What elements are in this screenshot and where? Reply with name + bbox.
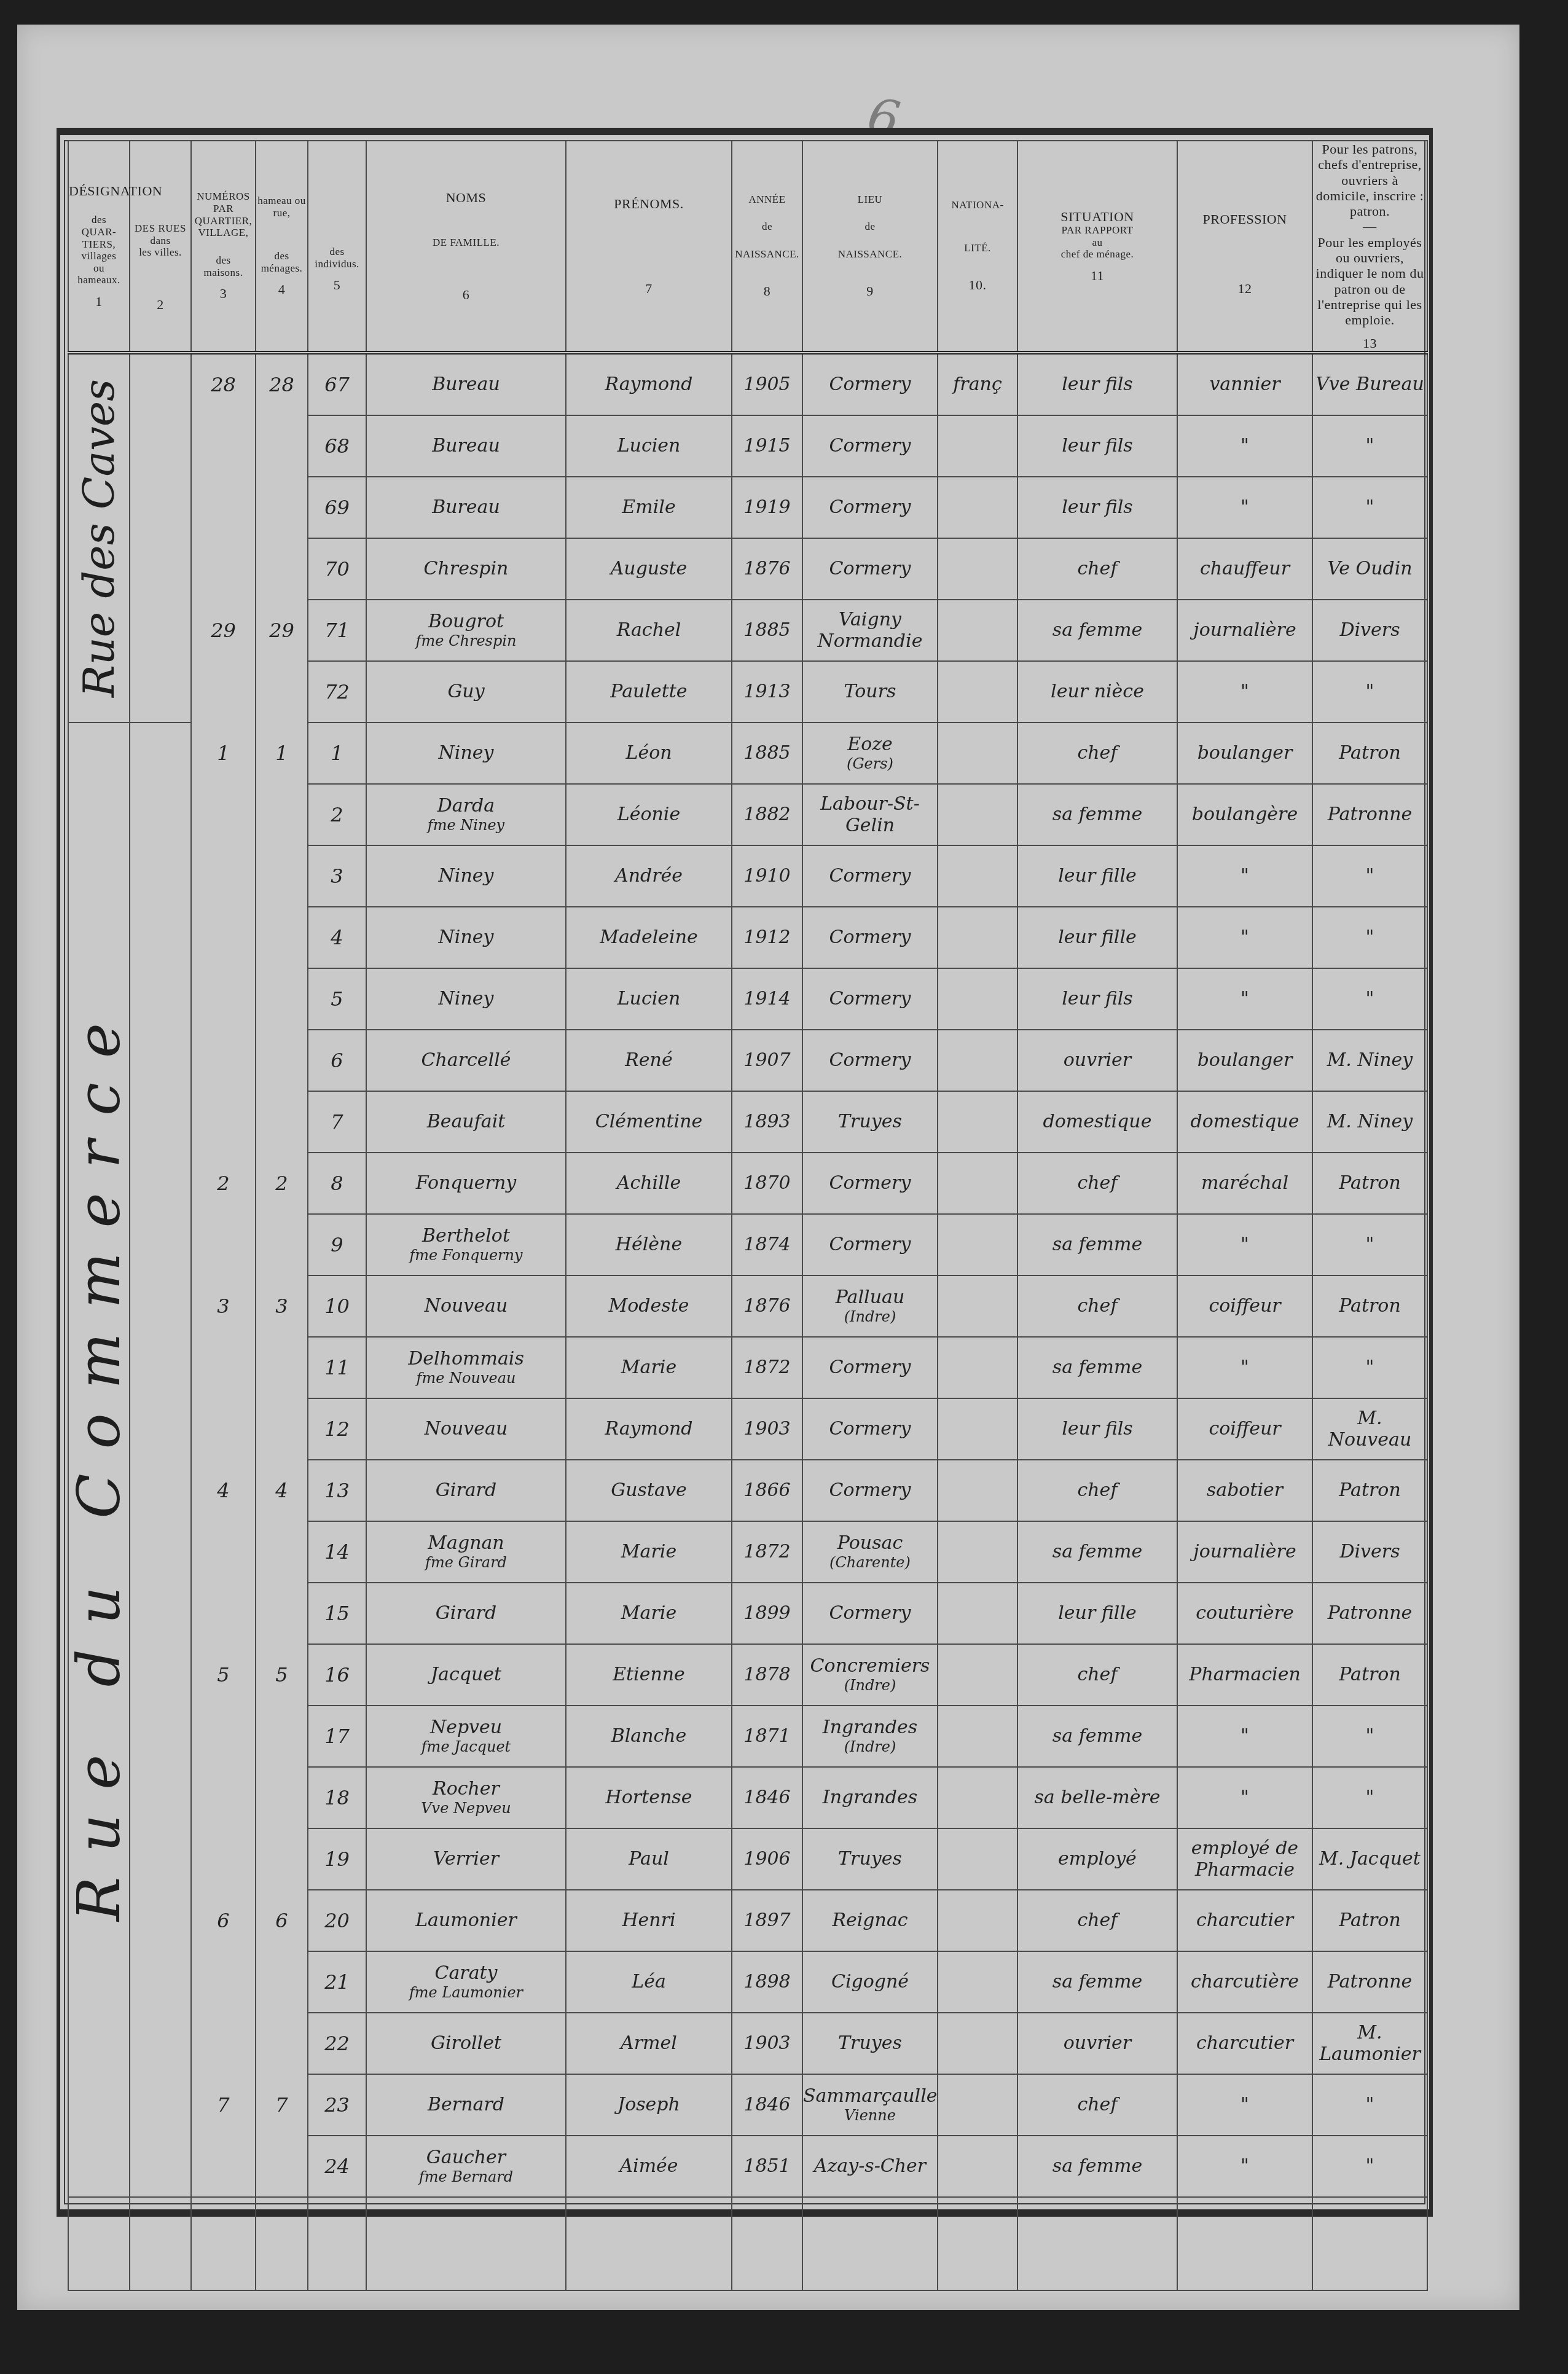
table-row: 5NineyLucien1914Cormeryleur fils"": [68, 968, 1427, 1030]
first-name: Emile: [622, 496, 675, 518]
employer: Vve Bureau: [1315, 374, 1424, 395]
house-number-cell: 5: [191, 1644, 256, 1706]
family-name-cell: RocherVve Nepveu: [366, 1767, 566, 1828]
family-name-cell: Caratyfme Laumonier: [366, 1951, 566, 2013]
employer: Patronne: [1328, 1971, 1413, 1992]
birth-year-cell: 1905: [732, 353, 802, 415]
birth-place-cell: Azay-s-Cher: [802, 2136, 938, 2197]
birth-place-cell: Pousac(Charente): [802, 1521, 938, 1583]
profession-cell: boulanger: [1177, 1030, 1312, 1091]
profession: ": [1241, 926, 1249, 948]
first-name-cell: Marie: [566, 1583, 732, 1644]
household-number-cell: [256, 1091, 308, 1153]
household-relation-cell: domestique: [1017, 1091, 1177, 1153]
birth-year: 1885: [743, 742, 790, 764]
family-name: Bureau: [432, 496, 500, 518]
household-relation: chef: [1078, 1910, 1118, 1931]
individual-number-cell: 13: [308, 1460, 366, 1521]
first-name-cell: Léa: [566, 1951, 732, 2013]
header-profession: PROFESSION 12: [1177, 141, 1312, 353]
first-name-cell: Gustave: [566, 1460, 732, 1521]
family-name: Niney: [439, 742, 494, 764]
household-relation: sa femme: [1053, 619, 1142, 641]
first-name-cell: Armel: [566, 2013, 732, 2074]
individual-number: 2: [331, 803, 343, 826]
nationality-cell: [938, 1460, 1017, 1521]
profession-cell: employé de Pharmacie: [1177, 1828, 1312, 1890]
house-number-cell: [191, 1583, 256, 1644]
household-relation: sa femme: [1053, 2155, 1142, 2177]
family-name-cell: Delhommaisfme Nouveau: [366, 1337, 566, 1398]
empty-cell: [68, 2197, 130, 2290]
profession: couturière: [1196, 1602, 1293, 1624]
profession: charcutier: [1196, 1910, 1293, 1931]
family-name: Verrier: [433, 1848, 499, 1870]
table-row: 7723BernardJoseph1846SammarçaulleViennec…: [68, 2074, 1427, 2136]
first-name: Paulette: [610, 681, 687, 702]
birth-place: Cormery: [829, 1479, 911, 1501]
house-number-cell: [191, 784, 256, 845]
house-number-cell: 2: [191, 1153, 256, 1214]
household-relation-cell: sa femme: [1017, 1337, 1177, 1398]
family-name: Guy: [447, 681, 484, 702]
nationality-cell: [938, 477, 1017, 538]
family-name: Charcellé: [421, 1049, 511, 1071]
individual-number-cell: 4: [308, 907, 366, 968]
individual-number-cell: 3: [308, 845, 366, 907]
individual-number: 9: [331, 1233, 343, 1256]
individual-number-cell: 2: [308, 784, 366, 845]
household-number-cell: [256, 1030, 308, 1091]
census-table: DÉSIGNATION des QUAR- TIERS, villages ou…: [68, 140, 1428, 2291]
house-number-cell: 7: [191, 2074, 256, 2136]
header-annee: ANNÉE de NAISSANCE. 8: [732, 141, 802, 353]
first-name-cell: Léon: [566, 723, 732, 784]
employer: M. Laumonier: [1319, 2022, 1421, 2065]
family-name-cell: Bernard: [366, 2074, 566, 2136]
header-nationalite: NATIONA- LITÉ. 10.: [938, 141, 1017, 353]
first-name-cell: Raymond: [566, 353, 732, 415]
household-number-cell: [256, 1337, 308, 1398]
header-numeros-maisons: NUMÉROS PAR QUARTIER, VILLAGE, des maiso…: [191, 141, 256, 353]
nationality-cell: [938, 1890, 1017, 1951]
first-name-cell: Paul: [566, 1828, 732, 1890]
birth-place: Cigogné: [831, 1971, 909, 1992]
birth-place: Sammarçaulle: [803, 2085, 938, 2107]
birth-place: Ingrandes: [823, 1787, 917, 1808]
employer: Divers: [1339, 619, 1400, 641]
household-number-cell: [256, 1583, 308, 1644]
first-name: Etienne: [613, 1664, 685, 1685]
profession: ": [1241, 1725, 1249, 1747]
employer-cell: Patronne: [1312, 784, 1427, 845]
first-name: Lucien: [617, 988, 681, 1009]
employer: ": [1366, 926, 1374, 948]
birth-year: 1912: [743, 926, 790, 948]
family-name: Bureau: [432, 374, 500, 395]
individual-number: 5: [331, 987, 343, 1011]
nationality-cell: [938, 2013, 1017, 2074]
profession: ": [1241, 988, 1249, 1009]
family-name: Girard: [436, 1479, 496, 1501]
family-name-cell: Bureau: [366, 415, 566, 477]
birth-year: 1915: [743, 435, 790, 456]
first-name-cell: Blanche: [566, 1706, 732, 1767]
employer: Patron: [1339, 1910, 1401, 1931]
employer-cell: ": [1312, 1706, 1427, 1767]
header-designation-rues: DES RUES dans les villes. 2: [130, 141, 191, 353]
birth-place: Cormery: [829, 988, 911, 1009]
house-number-cell: [191, 415, 256, 477]
household-number-cell: [256, 1398, 308, 1460]
first-name: Aimée: [619, 2155, 678, 2177]
household-relation: chef: [1078, 2094, 1118, 2115]
empty-cell: [732, 2197, 802, 2290]
house-number-cell: 6: [191, 1890, 256, 1951]
first-name: Léa: [632, 1971, 666, 1992]
individual-number-cell: 21: [308, 1951, 366, 2013]
profession: ": [1241, 1234, 1249, 1255]
street-name: Rue du Commerce: [65, 998, 133, 1921]
family-name: Chrespin: [424, 558, 509, 579]
household-relation-cell: chef: [1017, 1460, 1177, 1521]
table-row: 12NouveauRaymond1903Cormeryleur filscoif…: [68, 1398, 1427, 1460]
first-name-cell: Léonie: [566, 784, 732, 845]
birth-year-cell: 1903: [732, 1398, 802, 1460]
household-relation: sa femme: [1053, 804, 1142, 825]
employer: Patron: [1339, 1479, 1401, 1501]
birth-place-cell: Cormery: [802, 968, 938, 1030]
birth-year-cell: 1870: [732, 1153, 802, 1214]
empty-cell: [566, 2197, 732, 2290]
house-number-cell: [191, 1828, 256, 1890]
birth-place-cell: Truyes: [802, 1091, 938, 1153]
family-name: Bernard: [428, 2094, 504, 2115]
individual-number: 7: [331, 1110, 343, 1134]
individual-number-cell: 68: [308, 415, 366, 477]
birth-place: Truyes: [838, 1848, 902, 1870]
family-name: Niney: [439, 988, 494, 1009]
household-relation: chef: [1078, 1479, 1118, 1501]
first-name: Léon: [625, 742, 672, 764]
table-row: 228FonquernyAchille1870Cormerychefmaréch…: [68, 1153, 1427, 1214]
first-name: Blanche: [611, 1725, 687, 1747]
birth-place: Cormery: [829, 1418, 911, 1440]
nationality: franç: [953, 374, 1002, 395]
family-name-line2: fme Nouveau: [367, 1369, 565, 1387]
household-number: 28: [269, 373, 294, 396]
family-name-cell: Niney: [366, 907, 566, 968]
birth-year-cell: 1876: [732, 538, 802, 600]
birth-place-cell: Cormery: [802, 1583, 938, 1644]
employer-cell: M. Nouveau: [1312, 1398, 1427, 1460]
header-numeros-individus: des individus. 5: [308, 141, 366, 353]
profession-cell: ": [1177, 477, 1312, 538]
family-name-cell: Niney: [366, 845, 566, 907]
table-row: 22GirolletArmel1903Truyesouvriercharcuti…: [68, 2013, 1427, 2074]
birth-year: 1874: [743, 1234, 790, 1255]
header-lieu: LIEU de NAISSANCE. 9: [802, 141, 938, 353]
birth-year-cell: 1851: [732, 2136, 802, 2197]
profession-cell: journalière: [1177, 600, 1312, 661]
birth-place-cell: Eoze(Gers): [802, 723, 938, 784]
birth-place-cell: Truyes: [802, 2013, 938, 2074]
first-name: Lucien: [617, 435, 681, 456]
birth-place-cell: Cormery: [802, 1337, 938, 1398]
profession: Pharmacien: [1189, 1664, 1301, 1685]
individual-number-cell: 9: [308, 1214, 366, 1275]
individual-number-cell: 7: [308, 1091, 366, 1153]
employer-cell: Patronne: [1312, 1583, 1427, 1644]
first-name: Clémentine: [595, 1111, 703, 1132]
birth-year: 1903: [743, 1418, 790, 1440]
individual-number-cell: 11: [308, 1337, 366, 1398]
household-number-cell: [256, 2136, 308, 2197]
profession-cell: ": [1177, 2074, 1312, 2136]
individual-number-cell: 22: [308, 2013, 366, 2074]
profession: charcutière: [1191, 1971, 1299, 1992]
first-name: Paul: [629, 1848, 669, 1870]
household-number: 3: [275, 1295, 288, 1318]
household-relation-cell: sa femme: [1017, 1214, 1177, 1275]
individual-number-cell: 24: [308, 2136, 366, 2197]
profession-cell: boulangère: [1177, 784, 1312, 845]
house-number: 4: [217, 1479, 229, 1502]
birth-year-cell: 1897: [732, 1890, 802, 1951]
empty-cell: [308, 2197, 366, 2290]
profession: ": [1241, 1787, 1249, 1808]
first-name: Gustave: [611, 1479, 686, 1501]
first-name-cell: Rachel: [566, 600, 732, 661]
individual-number: 69: [324, 496, 350, 519]
household-number-cell: [256, 968, 308, 1030]
profession-cell: couturière: [1177, 1583, 1312, 1644]
individual-number: 10: [324, 1295, 350, 1318]
header-noms: NOMS DE FAMILLE. 6: [366, 141, 566, 353]
birth-year: 1866: [743, 1479, 790, 1501]
family-name-cell: Girard: [366, 1460, 566, 1521]
employer: Patron: [1339, 742, 1401, 764]
birth-place: Reignac: [832, 1910, 907, 1931]
employer-cell: ": [1312, 907, 1427, 968]
household-number: 1: [275, 742, 288, 765]
household-relation-cell: employé: [1017, 1828, 1177, 1890]
individual-number: 19: [324, 1847, 350, 1871]
family-name-cell: Bougrotfme Chrespin: [366, 600, 566, 661]
household-relation-cell: leur fils: [1017, 968, 1177, 1030]
family-name-cell: Bureau: [366, 353, 566, 415]
household-relation-cell: leur fille: [1017, 845, 1177, 907]
family-name: Gaucher: [426, 2147, 506, 2168]
employer: Patron: [1339, 1664, 1401, 1685]
birth-year: 1871: [743, 1725, 790, 1747]
family-name-cell: Niney: [366, 968, 566, 1030]
family-name-cell: Girollet: [366, 2013, 566, 2074]
profession: ": [1241, 2155, 1249, 2177]
nationality-cell: [938, 538, 1017, 600]
birth-place-cell: Cormery: [802, 845, 938, 907]
birth-place: Cormery: [829, 926, 911, 948]
birth-place-cell: Cigogné: [802, 1951, 938, 2013]
birth-place-cell: Cormery: [802, 1460, 938, 1521]
household-number: 7: [275, 2093, 288, 2117]
household-relation: leur fils: [1062, 988, 1133, 1009]
profession-cell: journalière: [1177, 1521, 1312, 1583]
house-number: 2: [217, 1172, 229, 1195]
individual-number-cell: 18: [308, 1767, 366, 1828]
family-name-cell: Beaufait: [366, 1091, 566, 1153]
household-number-cell: 1: [256, 723, 308, 784]
individual-number: 70: [324, 557, 350, 581]
profession: ": [1241, 435, 1249, 456]
nationality-cell: [938, 845, 1017, 907]
employer-cell: Patron: [1312, 1644, 1427, 1706]
birth-year-cell: 1872: [732, 1337, 802, 1398]
birth-year-cell: 1885: [732, 600, 802, 661]
birth-place: Eoze: [847, 734, 893, 755]
birth-year-cell: 1871: [732, 1706, 802, 1767]
individual-number: 71: [324, 619, 350, 642]
individual-number-cell: 23: [308, 2074, 366, 2136]
birth-place-cell: Reignac: [802, 1890, 938, 1951]
family-name: Magnan: [428, 1532, 504, 1554]
table-row: 4413GirardGustave1866Cormerychefsabotier…: [68, 1460, 1427, 1521]
house-number-cell: 4: [191, 1460, 256, 1521]
household-relation-cell: sa belle-mère: [1017, 1767, 1177, 1828]
family-name: Bougrot: [428, 611, 504, 632]
household-relation: leur fille: [1058, 926, 1137, 948]
first-name: Marie: [621, 1602, 676, 1624]
empty-cell: [1017, 2197, 1177, 2290]
first-name-cell: René: [566, 1030, 732, 1091]
house-number: 7: [217, 2093, 229, 2117]
household-number-cell: [256, 1521, 308, 1583]
nationality-cell: [938, 968, 1017, 1030]
employer-cell: Patron: [1312, 1153, 1427, 1214]
birth-year: 1906: [743, 1848, 790, 1870]
profession-cell: ": [1177, 907, 1312, 968]
individual-number: 12: [324, 1417, 350, 1441]
profession: ": [1241, 496, 1249, 518]
birth-place: Tours: [844, 681, 896, 702]
birth-place-cell: Vaigny Normandie: [802, 600, 938, 661]
employer-cell: M. Niney: [1312, 1030, 1427, 1091]
individual-number-cell: 70: [308, 538, 366, 600]
household-number-cell: [256, 1767, 308, 1828]
birth-year: 1903: [743, 2032, 790, 2054]
employer: M. Niney: [1327, 1111, 1413, 1132]
profession: ": [1241, 1357, 1249, 1378]
household-relation-cell: chef: [1017, 538, 1177, 600]
employer: ": [1366, 1357, 1374, 1378]
first-name-cell: Modeste: [566, 1275, 732, 1337]
first-name-cell: Joseph: [566, 2074, 732, 2136]
nationality-cell: [938, 600, 1017, 661]
house-number-cell: 3: [191, 1275, 256, 1337]
birth-year: 1910: [743, 865, 790, 887]
house-number-cell: 29: [191, 600, 256, 661]
individual-number-cell: 5: [308, 968, 366, 1030]
first-name-cell: Marie: [566, 1521, 732, 1583]
household-relation: leur fils: [1062, 496, 1133, 518]
household-relation-cell: chef: [1017, 1275, 1177, 1337]
house-number: 5: [217, 1663, 229, 1686]
profession: charcutier: [1196, 2032, 1293, 2054]
family-name-cell: Charcellé: [366, 1030, 566, 1091]
table-row: Rue du Commerce111NineyLéon1885Eoze(Gers…: [68, 723, 1427, 784]
profession-cell: ": [1177, 1214, 1312, 1275]
birth-year-cell: 1893: [732, 1091, 802, 1153]
individual-number: 67: [324, 373, 350, 396]
profession: ": [1241, 2094, 1249, 2115]
birth-place: Truyes: [838, 2032, 902, 2054]
profession: boulanger: [1198, 742, 1293, 764]
family-name-cell: Verrier: [366, 1828, 566, 1890]
house-number: 28: [211, 373, 236, 396]
nationality-cell: [938, 1828, 1017, 1890]
nationality-cell: [938, 1951, 1017, 2013]
birth-place: Cormery: [829, 1602, 911, 1624]
family-name: Darda: [437, 795, 495, 817]
family-name-line2: fme Fonquerny: [367, 1247, 565, 1264]
profession: coiffeur: [1209, 1418, 1280, 1440]
family-name-line2: fme Girard: [367, 1554, 565, 1571]
individual-number: 18: [324, 1786, 350, 1809]
household-relation-cell: chef: [1017, 1890, 1177, 1951]
profession: sabotier: [1207, 1479, 1283, 1501]
header-row: DÉSIGNATION des QUAR- TIERS, villages ou…: [68, 141, 1427, 353]
profession-cell: sabotier: [1177, 1460, 1312, 1521]
birth-year-cell: 1866: [732, 1460, 802, 1521]
individual-number: 8: [331, 1172, 343, 1195]
first-name: Madeleine: [600, 926, 698, 948]
birth-year-cell: 1912: [732, 907, 802, 968]
employer-cell: Patron: [1312, 1460, 1427, 1521]
nationality-cell: [938, 1030, 1017, 1091]
birth-place-cell: Palluau(Indre): [802, 1275, 938, 1337]
family-name: Nouveau: [425, 1418, 508, 1440]
individual-number: 23: [324, 2093, 350, 2117]
household-relation-cell: chef: [1017, 1153, 1177, 1214]
table-row: 19VerrierPaul1906Truyesemployéemployé de…: [68, 1828, 1427, 1890]
profession: chauffeur: [1200, 558, 1290, 579]
family-name-cell: Fonquerny: [366, 1153, 566, 1214]
birth-place-line2: (Charente): [803, 1554, 937, 1571]
birth-place-cell: Ingrandes: [802, 1767, 938, 1828]
nationality-cell: [938, 907, 1017, 968]
empty-cell: [256, 2197, 308, 2290]
first-name: Achille: [617, 1172, 681, 1194]
household-relation-cell: sa femme: [1017, 1706, 1177, 1767]
census-rows: Rue des Caves282867BureauRaymond1905Corm…: [68, 353, 1427, 2290]
household-relation-cell: chef: [1017, 1644, 1177, 1706]
individual-number-cell: 67: [308, 353, 366, 415]
table-row: 9Berthelotfme FonquernyHélène1874Cormery…: [68, 1214, 1427, 1275]
birth-place: Cormery: [829, 374, 911, 395]
birth-year: 1913: [743, 681, 790, 702]
individual-number: 24: [324, 2155, 350, 2178]
family-name-cell: Niney: [366, 723, 566, 784]
profession-cell: ": [1177, 415, 1312, 477]
house-number-cell: [191, 907, 256, 968]
family-name: Berthelot: [422, 1225, 510, 1247]
household-number-cell: 5: [256, 1644, 308, 1706]
family-name: Girollet: [431, 2032, 501, 2054]
household-relation: sa femme: [1053, 1971, 1142, 1992]
family-name-cell: Magnanfme Girard: [366, 1521, 566, 1583]
table-row: 68BureauLucien1915Cormeryleur fils"": [68, 415, 1427, 477]
birth-year: 1872: [743, 1357, 790, 1378]
